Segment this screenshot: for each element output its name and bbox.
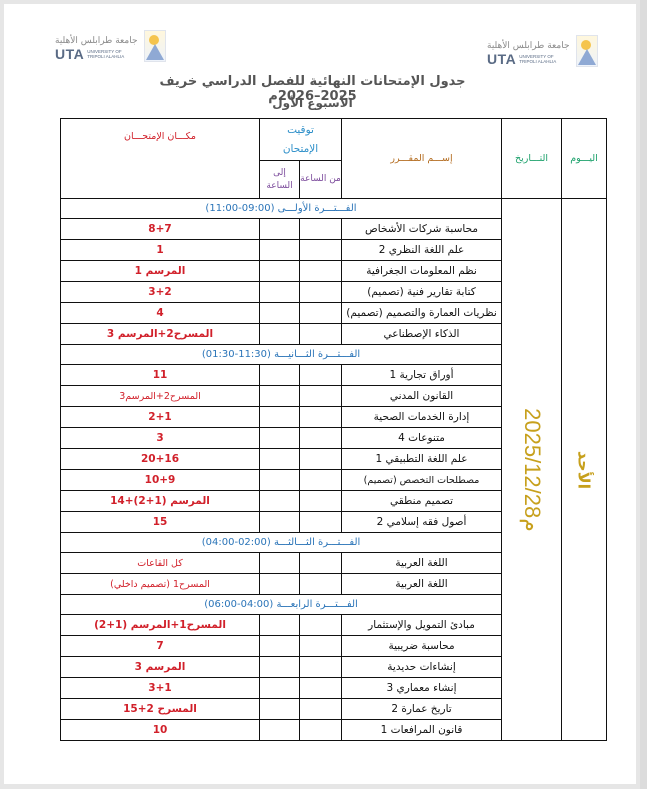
scrollbar-track[interactable]	[640, 0, 647, 789]
course-name: علم اللغة التطبيقي 1	[342, 449, 502, 470]
to-time	[260, 303, 300, 324]
course-name: أوراق تجارية 1	[342, 365, 502, 386]
course-name: إنشاء معماري 3	[342, 678, 502, 699]
from-time	[300, 678, 342, 699]
logo-arabic-name: جامعة طرابلس الأهلية	[487, 41, 570, 51]
course-name: الذكاء الإصطناعي	[342, 324, 502, 345]
logo-abbr: UTA	[55, 46, 84, 62]
period-label: الفـــتـــرة الأولـــى (09:00-11:00)	[61, 199, 502, 219]
logo-abbr: UTA	[487, 51, 516, 67]
exam-location: 3+1	[61, 678, 260, 699]
exam-location: المسرح 2+15	[61, 699, 260, 720]
course-name: اللغة العربية	[342, 553, 502, 574]
course-name: محاسبة شركات الأشخاص	[342, 219, 502, 240]
course-name: اللغة العربية	[342, 574, 502, 595]
column-header-day: اليـــوم	[562, 119, 607, 199]
course-name: نظريات العمارة والتصميم (تصميم)	[342, 303, 502, 324]
exam-location: 7	[61, 636, 260, 657]
from-time	[300, 365, 342, 386]
from-time	[300, 470, 342, 491]
to-time	[260, 636, 300, 657]
exam-location: المرسم 3	[61, 657, 260, 678]
period-label: الفـــتـــرة الثـــالثـــة (02:00-04:00)	[61, 533, 502, 553]
course-name: علم اللغة النظري 2	[342, 240, 502, 261]
column-header-location: مكـــان الإمتحـــان	[61, 119, 260, 199]
from-time	[300, 699, 342, 720]
to-time	[260, 512, 300, 533]
logo-english-line2: TRIPOLI ALAHLIA	[87, 54, 124, 59]
to-time	[260, 449, 300, 470]
course-name: إنشاءات حديدية	[342, 657, 502, 678]
period-label: الفـــتـــرة الثـــانيـــة (11:30-01:30)	[61, 345, 502, 365]
course-name: تصميم منطقي	[342, 491, 502, 512]
exam-location: المرسم 1	[61, 261, 260, 282]
to-time	[260, 491, 300, 512]
exam-location: كل القاعات	[61, 553, 260, 574]
from-time	[300, 636, 342, 657]
course-name: كتابة تقارير فنية (تصميم)	[342, 282, 502, 303]
from-time	[300, 240, 342, 261]
from-time	[300, 574, 342, 595]
exam-location: 15	[61, 512, 260, 533]
exam-location: 2+1	[61, 407, 260, 428]
exam-location: 1	[61, 240, 260, 261]
exam-location: 3	[61, 428, 260, 449]
university-emblem-icon	[576, 35, 598, 67]
to-time	[260, 219, 300, 240]
from-time	[300, 407, 342, 428]
course-name: قانون المرافعات 1	[342, 720, 502, 741]
exam-location: المسرح2+المرسم3	[61, 386, 260, 407]
day-value: الأحد	[575, 450, 594, 488]
from-time	[300, 324, 342, 345]
course-name: نظم المعلومات الجغرافية	[342, 261, 502, 282]
exam-location: 20+16	[61, 449, 260, 470]
from-time	[300, 386, 342, 407]
from-time	[300, 615, 342, 636]
from-time	[300, 657, 342, 678]
column-header-from: من الساعة	[300, 161, 342, 199]
to-time	[260, 428, 300, 449]
to-time	[260, 699, 300, 720]
university-emblem-icon	[144, 30, 166, 62]
to-time	[260, 678, 300, 699]
exam-location: 8+7	[61, 219, 260, 240]
logo-arabic-name: جامعة طرابلس الأهلية	[55, 36, 138, 46]
exam-location: 10+9	[61, 470, 260, 491]
date-value: 2025/12/28م	[519, 408, 545, 532]
from-time	[300, 261, 342, 282]
from-time	[300, 512, 342, 533]
course-name: تاريخ عمارة 2	[342, 699, 502, 720]
exam-location: المسرح1+المرسم (1+2)	[61, 615, 260, 636]
to-time	[260, 470, 300, 491]
from-time	[300, 491, 342, 512]
column-header-exam-time: توقيت الإمتحان	[260, 119, 342, 161]
course-name: إدارة الخدمات الصحية	[342, 407, 502, 428]
course-name: أصول فقه إسلامي 2	[342, 512, 502, 533]
column-header-course: إســـم المقـــرر	[342, 119, 502, 199]
from-time	[300, 303, 342, 324]
course-name: مصطلحات التخصص (تصميم)	[342, 470, 502, 491]
course-name: متنوعات 4	[342, 428, 502, 449]
page-subtitle: الأسبوع الأول	[140, 96, 485, 110]
to-time	[260, 365, 300, 386]
to-time	[260, 574, 300, 595]
exam-location: 4	[61, 303, 260, 324]
from-time	[300, 282, 342, 303]
to-time	[260, 324, 300, 345]
column-header-date: التـــاريخ	[502, 119, 562, 199]
from-time	[300, 449, 342, 470]
exam-location: المسرح2+المرسم 3	[61, 324, 260, 345]
column-header-to: إلى الساعة	[260, 161, 300, 199]
to-time	[260, 386, 300, 407]
course-name: محاسبة ضريبية	[342, 636, 502, 657]
to-time	[260, 261, 300, 282]
to-time	[260, 615, 300, 636]
course-name: مبادئ التمويل والإستثمار	[342, 615, 502, 636]
from-time	[300, 553, 342, 574]
to-time	[260, 553, 300, 574]
exam-location: المسرح1 (تصميم داخلي)	[61, 574, 260, 595]
day-cell: الأحد	[562, 199, 607, 741]
exam-location: 3+2	[61, 282, 260, 303]
to-time	[260, 720, 300, 741]
to-time	[260, 657, 300, 678]
logo-english-line2: TRIPOLI ALAHLIA	[519, 59, 556, 64]
to-time	[260, 282, 300, 303]
from-time	[300, 428, 342, 449]
from-time	[300, 219, 342, 240]
exam-location: 10	[61, 720, 260, 741]
period-label: الفـــتـــرة الرابعـــة (04:00-06:00)	[61, 595, 502, 615]
to-time	[260, 407, 300, 428]
exam-location: 11	[61, 365, 260, 386]
date-cell: 2025/12/28م	[502, 199, 562, 741]
university-logo-right: جامعة طرابلس الأهلية UTA UNIVERSITY OF T…	[487, 35, 598, 67]
to-time	[260, 240, 300, 261]
from-time	[300, 720, 342, 741]
exam-location: المرسم (1+2)+14	[61, 491, 260, 512]
exam-schedule-table: اليـــوم التـــاريخ إســـم المقـــرر توق…	[60, 118, 607, 741]
university-logo-left: جامعة طرابلس الأهلية UTA UNIVERSITY OF T…	[55, 30, 166, 62]
course-name: القانون المدني	[342, 386, 502, 407]
